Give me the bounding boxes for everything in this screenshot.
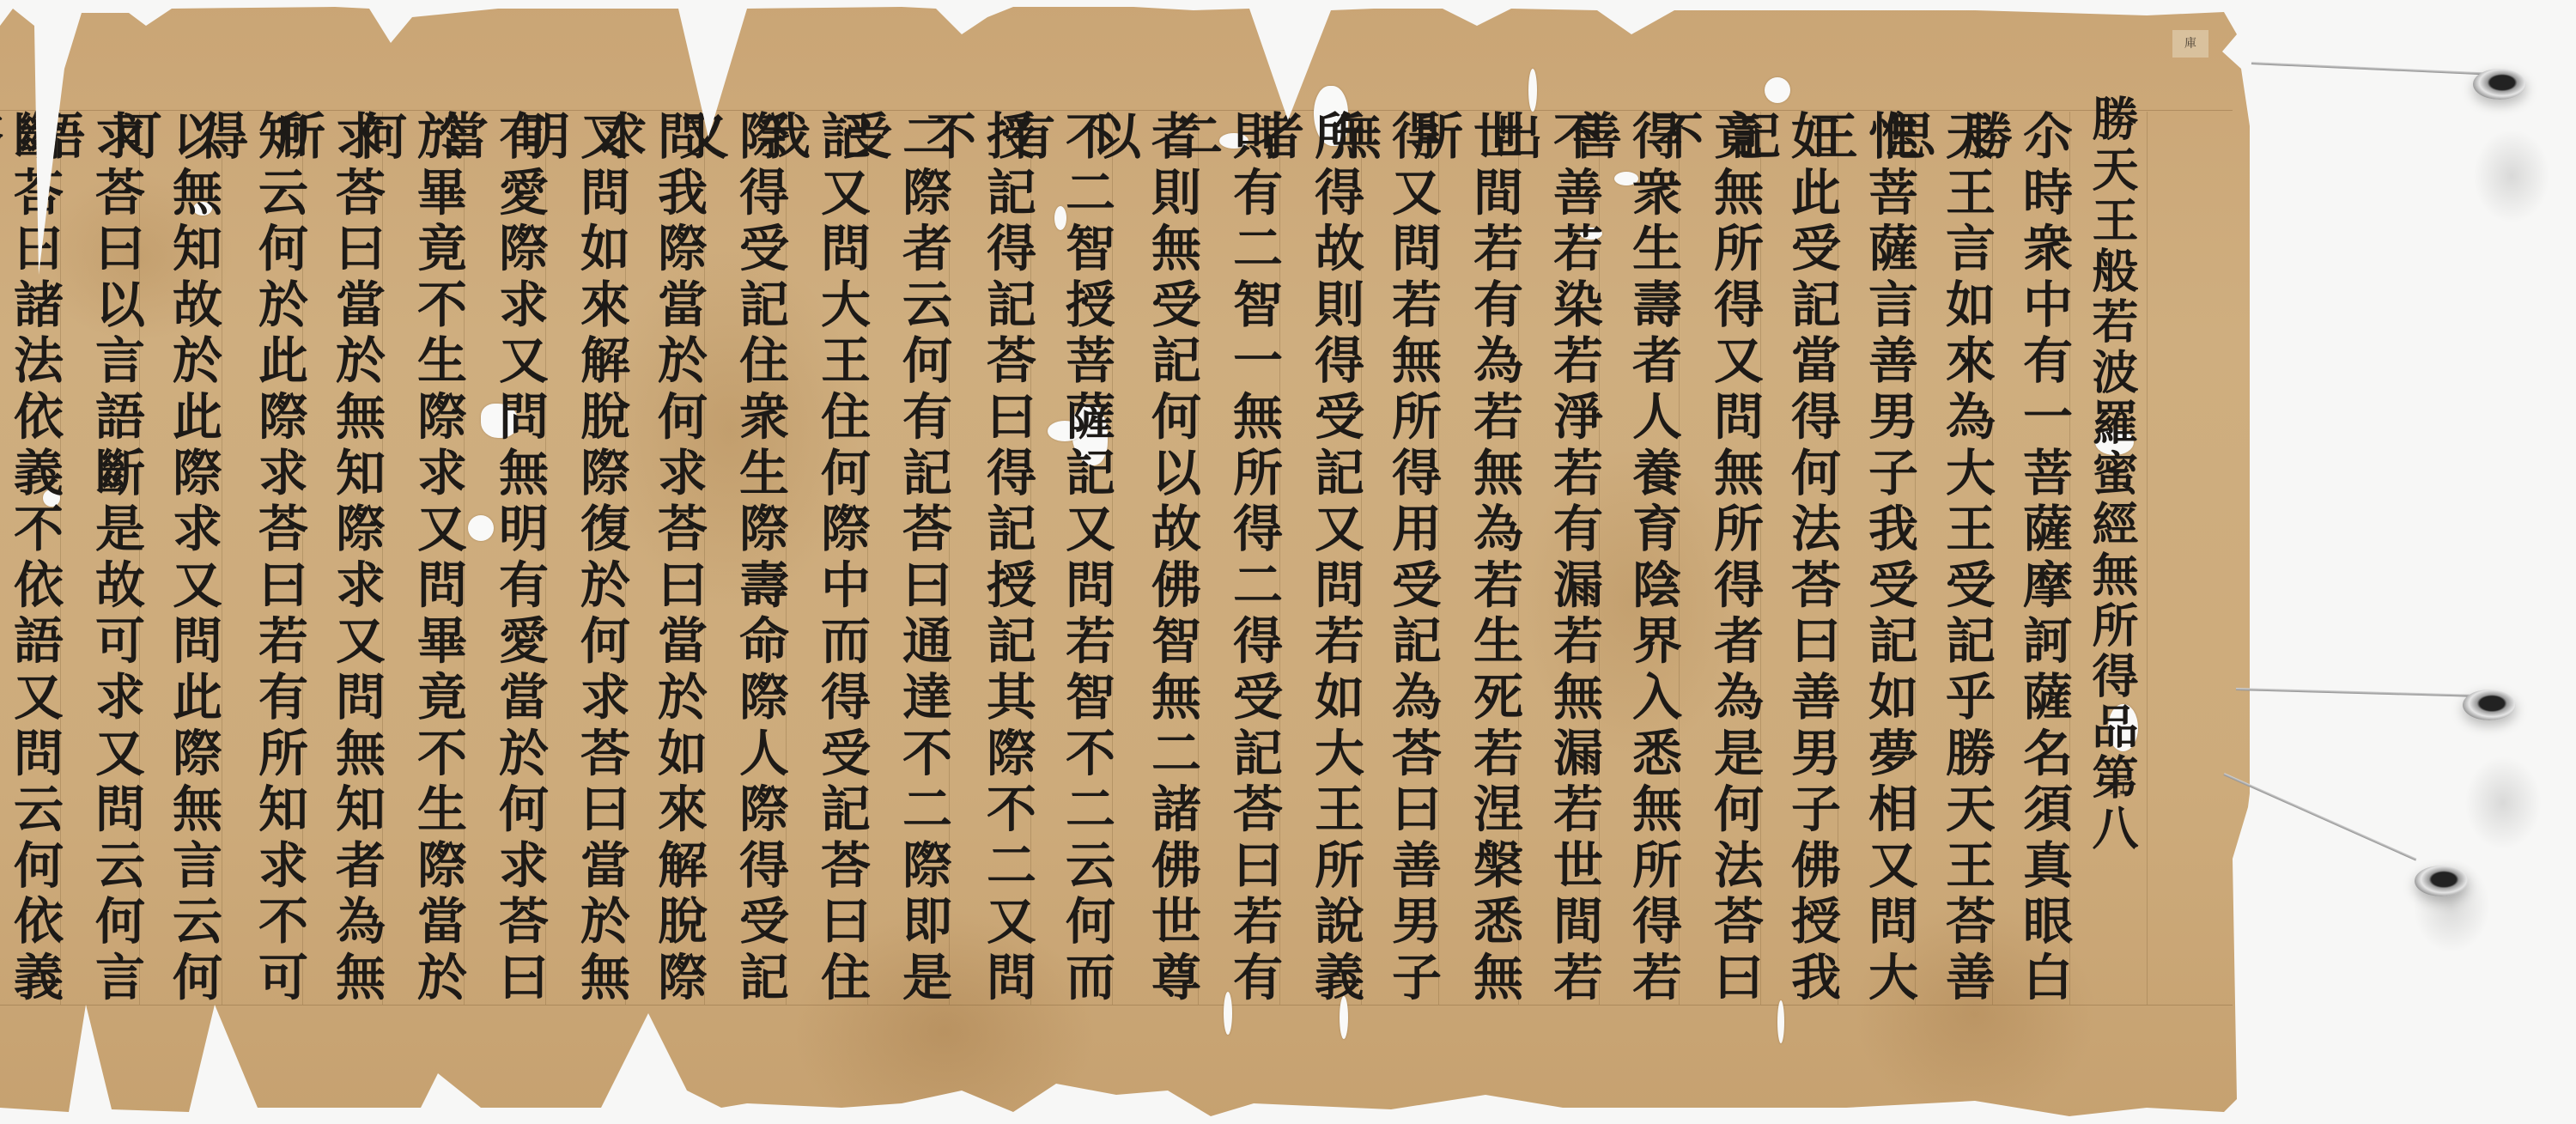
text-column-5: 竟無所得又問無所得者為是何法荅曰不 — [1704, 110, 1765, 1012]
text-column-19: 又問如來解脫際復於何求荅曰當於無明 — [571, 110, 631, 1012]
manuscript-paper: 庫 勝天王般若波羅蜜經無所得品第八 尒時衆中有一菩薩摩訶薩名須真眼白勝 天王言如… — [0, 0, 2250, 1124]
catalog-label: 庫 — [2172, 30, 2208, 58]
page-number: 五 — [2110, 773, 2129, 799]
text-column-26: 斷荅曰諸法依義不依語又問云何依義荅 — [4, 110, 64, 1012]
pin-head-middle — [2463, 690, 2516, 720]
title-column: 勝天王般若波羅蜜經無所得品第八 — [2082, 94, 2142, 996]
text-column-12: 者則無受記何以故佛智無二諸佛世尊以 — [1142, 110, 1202, 1012]
text-column-3: 惟菩薩言善男子我受記如夢相又問大王 — [1859, 110, 1919, 1012]
text-column-24: 以無知故於此際求又問此際無言云何可 — [163, 110, 223, 1012]
text-column-15: 二際者云何有記荅曰通達不二際即是受 — [893, 110, 953, 1012]
text-column-1: 尒時衆中有一菩薩摩訶薩名須真眼白勝 — [2014, 110, 2074, 1012]
text-column-9: 得又問若無所得用受記為荅曰善男子無 — [1382, 110, 1443, 1012]
text-column-14: 授記得記荅曰得記授記其際不二又問不 — [977, 110, 1037, 1012]
text-column-8: 世間若有為若無為若生死若涅槃悉無所 — [1464, 110, 1524, 1012]
pin-wire-bottom — [2223, 773, 2416, 860]
text-column-23: 知云何於此際求荅曰若有所知求不可得 — [249, 110, 309, 1012]
text-column-11: 則有二智一無所得二得受記荅曰若有二 — [1224, 110, 1284, 1012]
text-column-2: 天王言如來為大王受記乎勝天王荅善思 — [1936, 110, 1996, 1012]
text-column-25: 求荅曰以言語斷是故可求又問云何言語 — [86, 110, 146, 1012]
text-column-13: 不二智授菩薩記又問若智不二云何而有 — [1056, 110, 1116, 1012]
text-column-10: 所得故則得受記又問若如大王所說義者 — [1305, 110, 1365, 1012]
text-column-21: 於畢竟不生際求又問畢竟不生際當於何 — [408, 110, 468, 1012]
text-column-7: 不善若染若淨若有漏若無漏若世間若出 — [1544, 110, 1604, 1012]
text-column-6: 得衆生壽者人養育陰界入悉無所得若善 — [1623, 110, 1683, 1012]
text-column-18: 問我際當於何求荅曰當於如來解脫際求 — [648, 110, 708, 1012]
pin-head-bottom — [2415, 866, 2468, 896]
pin-shadow — [2464, 756, 2542, 850]
text-column-4: 如此受記當得何法荅曰善男子佛授我記 — [1782, 110, 1842, 1012]
pin-head-top — [2473, 69, 2526, 100]
paper-hole — [1765, 77, 1790, 103]
column-rule — [2147, 112, 2148, 1005]
pin-wire-middle — [2236, 688, 2470, 697]
pin-wire-top — [2251, 62, 2509, 76]
paper-hole — [1528, 69, 1537, 112]
text-column-20: 有愛際求又問無明有愛當於何求荅曰當 — [489, 110, 550, 1012]
text-column-16: 記又問大王住何際中而得受記荅曰住我 — [811, 110, 872, 1012]
text-column-22: 求荅曰當於無知際求又問無知者為無所 — [326, 110, 386, 1012]
pin-shadow — [2473, 129, 2550, 223]
text-column-17: 際得受記住衆生際壽命際人際得受記又 — [730, 110, 790, 1012]
scan-stage: 庫 勝天王般若波羅蜜經無所得品第八 尒時衆中有一菩薩摩訶薩名須真眼白勝 天王言如… — [0, 0, 2576, 1124]
